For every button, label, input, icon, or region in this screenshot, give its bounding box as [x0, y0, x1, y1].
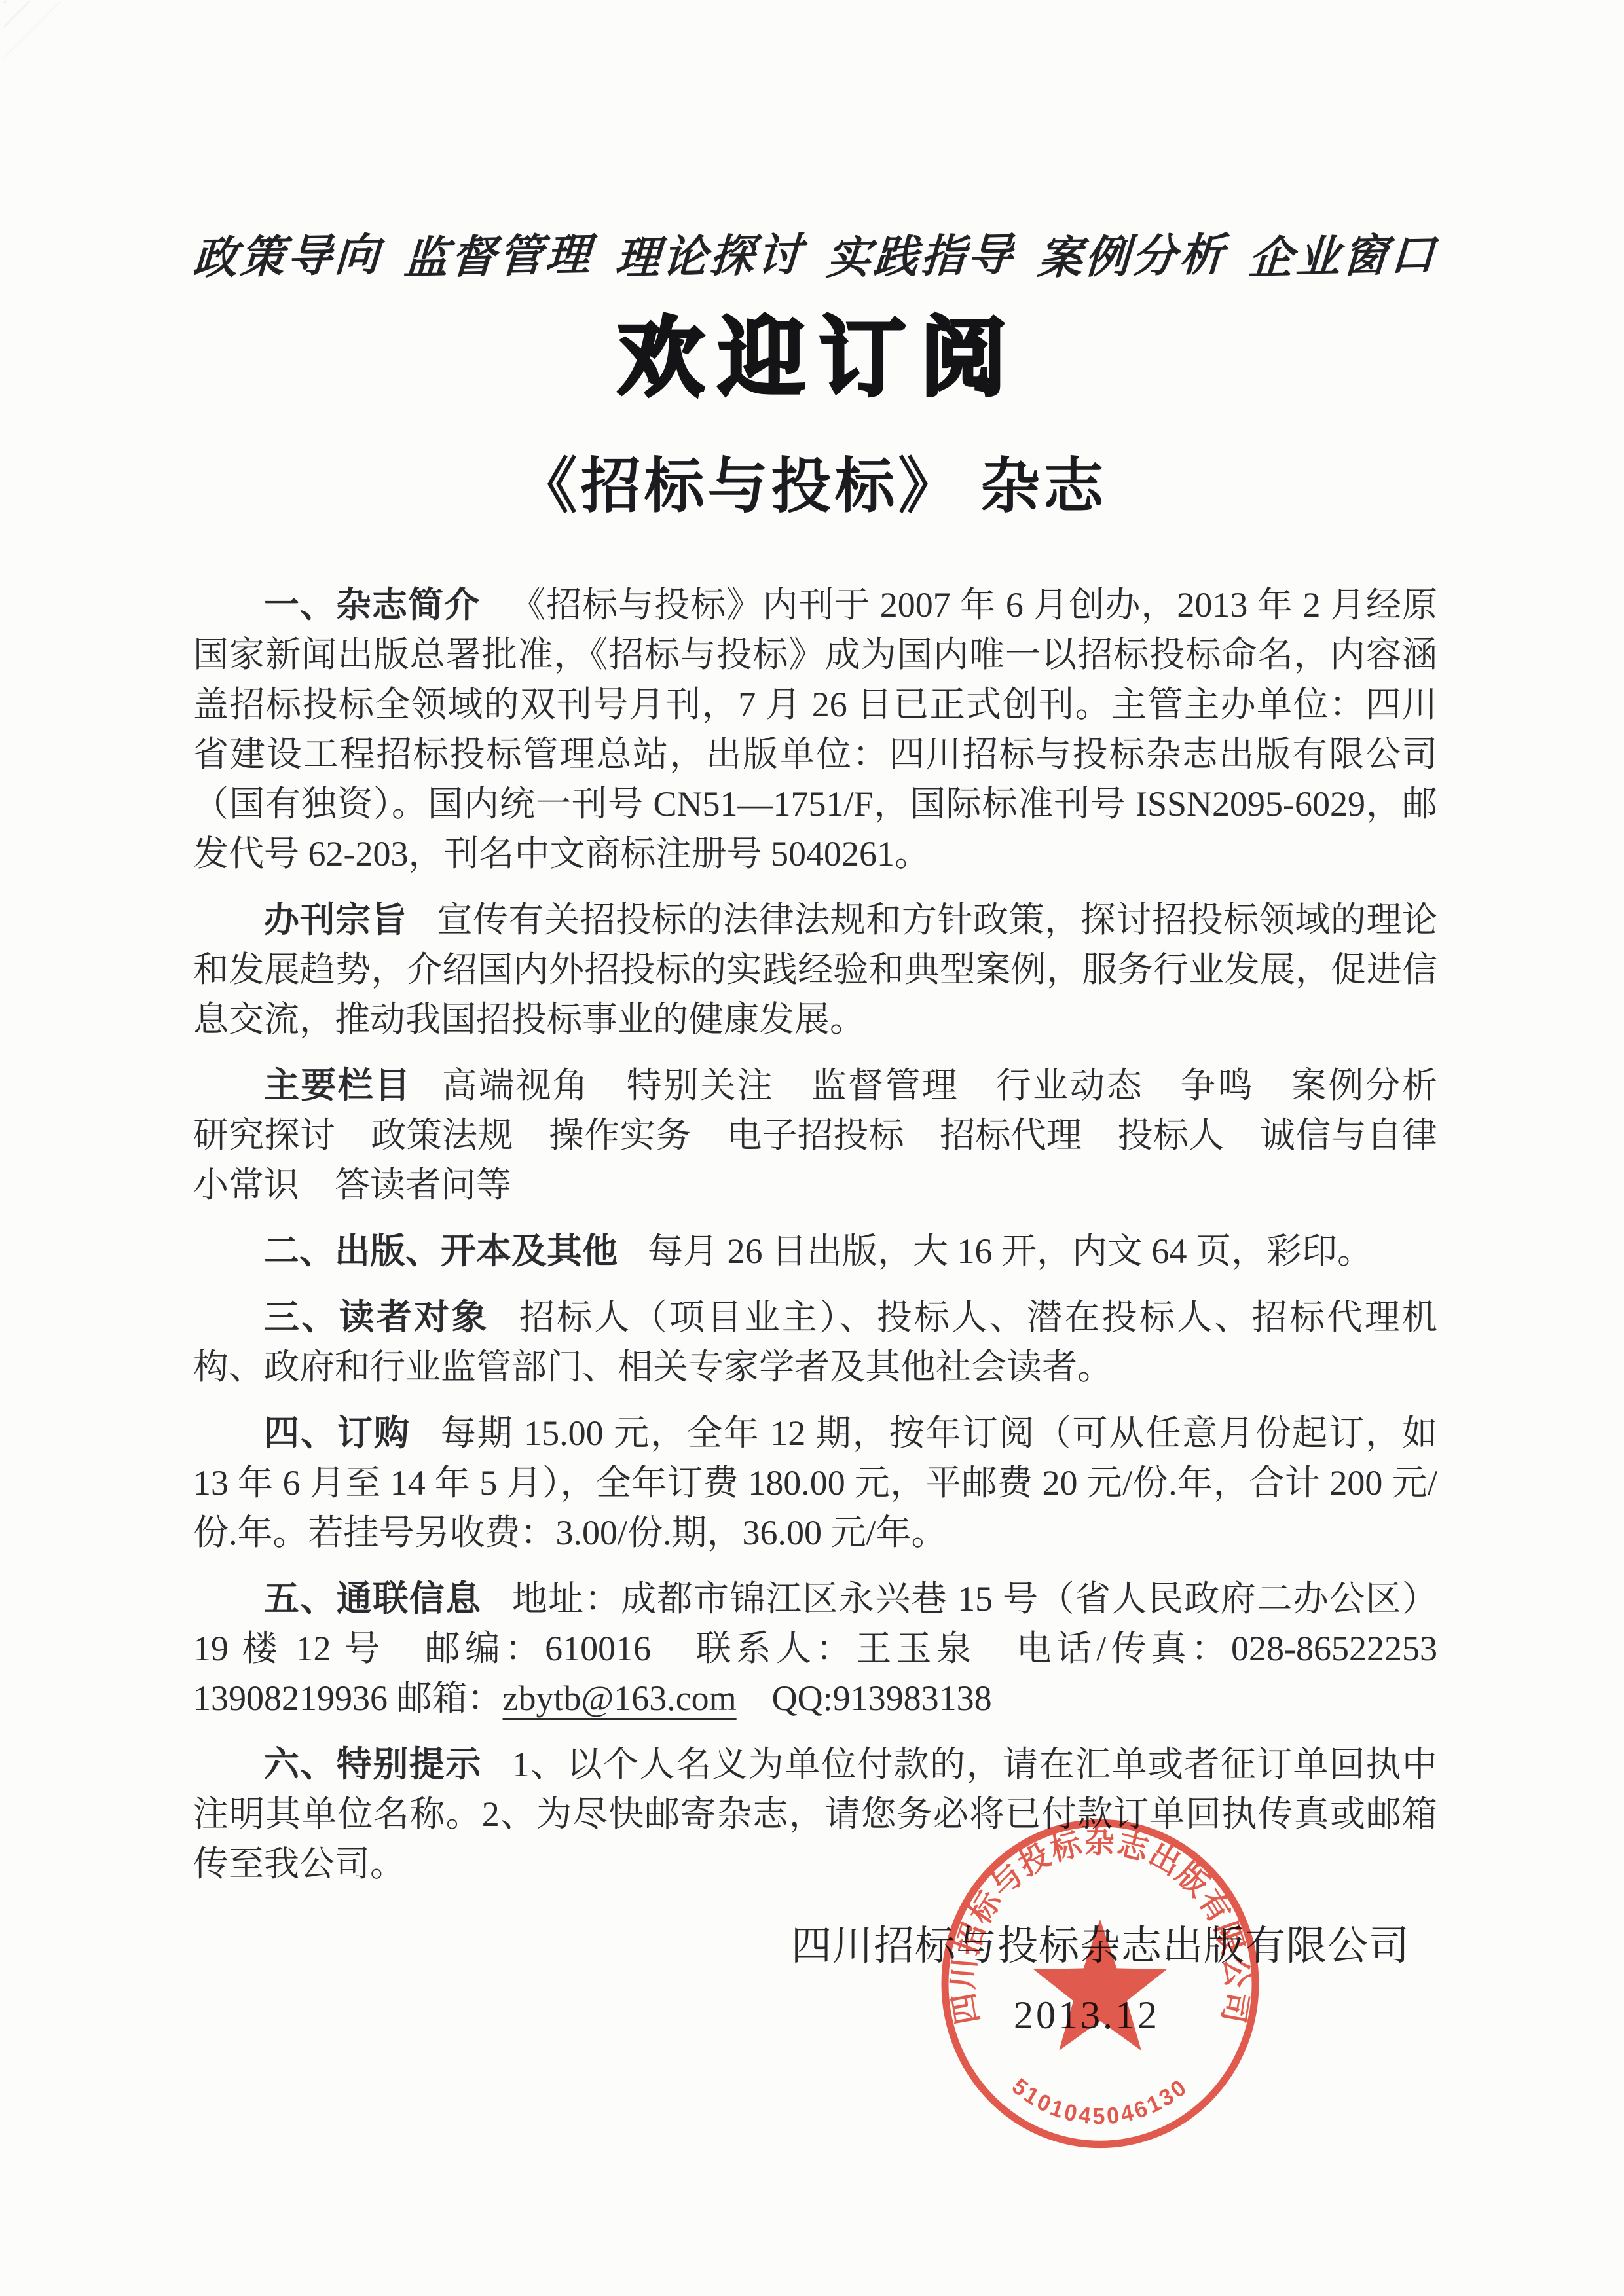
slogan-item: 政策导向 [191, 219, 383, 287]
svg-text:5101045046130: 5101045046130 [1007, 2073, 1192, 2129]
seal-star [1033, 1920, 1167, 2051]
seal-serial-number: 5101045046130 [1007, 2073, 1192, 2129]
slogan-row: 政策导向 监督管理 理论探讨 实践指导 案例分析 企业窗口 [193, 221, 1437, 285]
section-text: 每月 26 日出版，大 16 开，内文 64 页，彩印。 [648, 1231, 1373, 1271]
section-label: 主要栏目 [264, 1066, 412, 1105]
section-columns: 主要栏目高端视角 特别关注 监督管理 行业动态 争鸣 案例分析 研究探讨 政策法… [193, 1061, 1437, 1210]
section-label: 一、杂志简介 [264, 585, 480, 625]
section-purpose: 办刊宗旨宣传有关招投标的法律法规和方针政策，探讨招投标领域的理论和发展趋势，介绍… [193, 895, 1437, 1044]
section-text: 《招标与投标》内刊于 2007 年 6 月创办，2013 年 2 月经原国家新闻… [193, 585, 1437, 873]
section-label: 四、订购 [264, 1413, 411, 1453]
section-label: 办刊宗旨 [264, 900, 407, 939]
contact-email: zbytb@163.com [503, 1679, 737, 1718]
scan-artifact [4, 1, 102, 100]
slogan-item: 案例分析 [1036, 219, 1228, 287]
magazine-name: 《招标与投标》 杂志 [0, 450, 1624, 522]
slogan-item: 理论探讨 [614, 219, 805, 287]
section-contact: 五、通联信息地址：成都市锦江区永兴巷 15 号（省人民政府二办公区）19 楼 1… [193, 1574, 1437, 1723]
slogan-item: 企业窗口 [1247, 219, 1439, 287]
slogan-item: 实践指导 [825, 219, 1017, 287]
page-title: 欢迎订阅 [0, 309, 1624, 407]
section-magazine-intro: 一、杂志简介《招标与投标》内刊于 2007 年 6 月创办，2013 年 2 月… [193, 580, 1437, 879]
contact-qq: QQ:913983138 [737, 1679, 992, 1718]
scanned-page: 政策导向 监督管理 理论探讨 实践指导 案例分析 企业窗口 欢迎订阅 《招标与投… [0, 0, 1624, 2296]
section-label: 二、出版、开本及其他 [264, 1231, 618, 1271]
section-label: 五、通联信息 [264, 1579, 482, 1618]
section-label: 三、读者对象 [264, 1298, 489, 1337]
body-text: 一、杂志简介《招标与投标》内刊于 2007 年 6 月创办，2013 年 2 月… [193, 580, 1437, 1889]
company-seal-stamp: 四川招标与投标杂志出版有限公司 5101045046130 [917, 1794, 1283, 2174]
section-publication: 二、出版、开本及其他每月 26 日出版，大 16 开，内文 64 页，彩印。 [193, 1226, 1437, 1276]
section-subscription: 四、订购每期 15.00 元，全年 12 期，按年订阅（可从任意月份起订，如 1… [193, 1408, 1437, 1558]
section-label: 六、特别提示 [264, 1745, 482, 1784]
section-readers: 三、读者对象招标人（项目业主）、投标人、潜在投标人、招标代理机构、政府和行业监管… [193, 1292, 1437, 1392]
slogan-item: 监督管理 [403, 219, 595, 287]
